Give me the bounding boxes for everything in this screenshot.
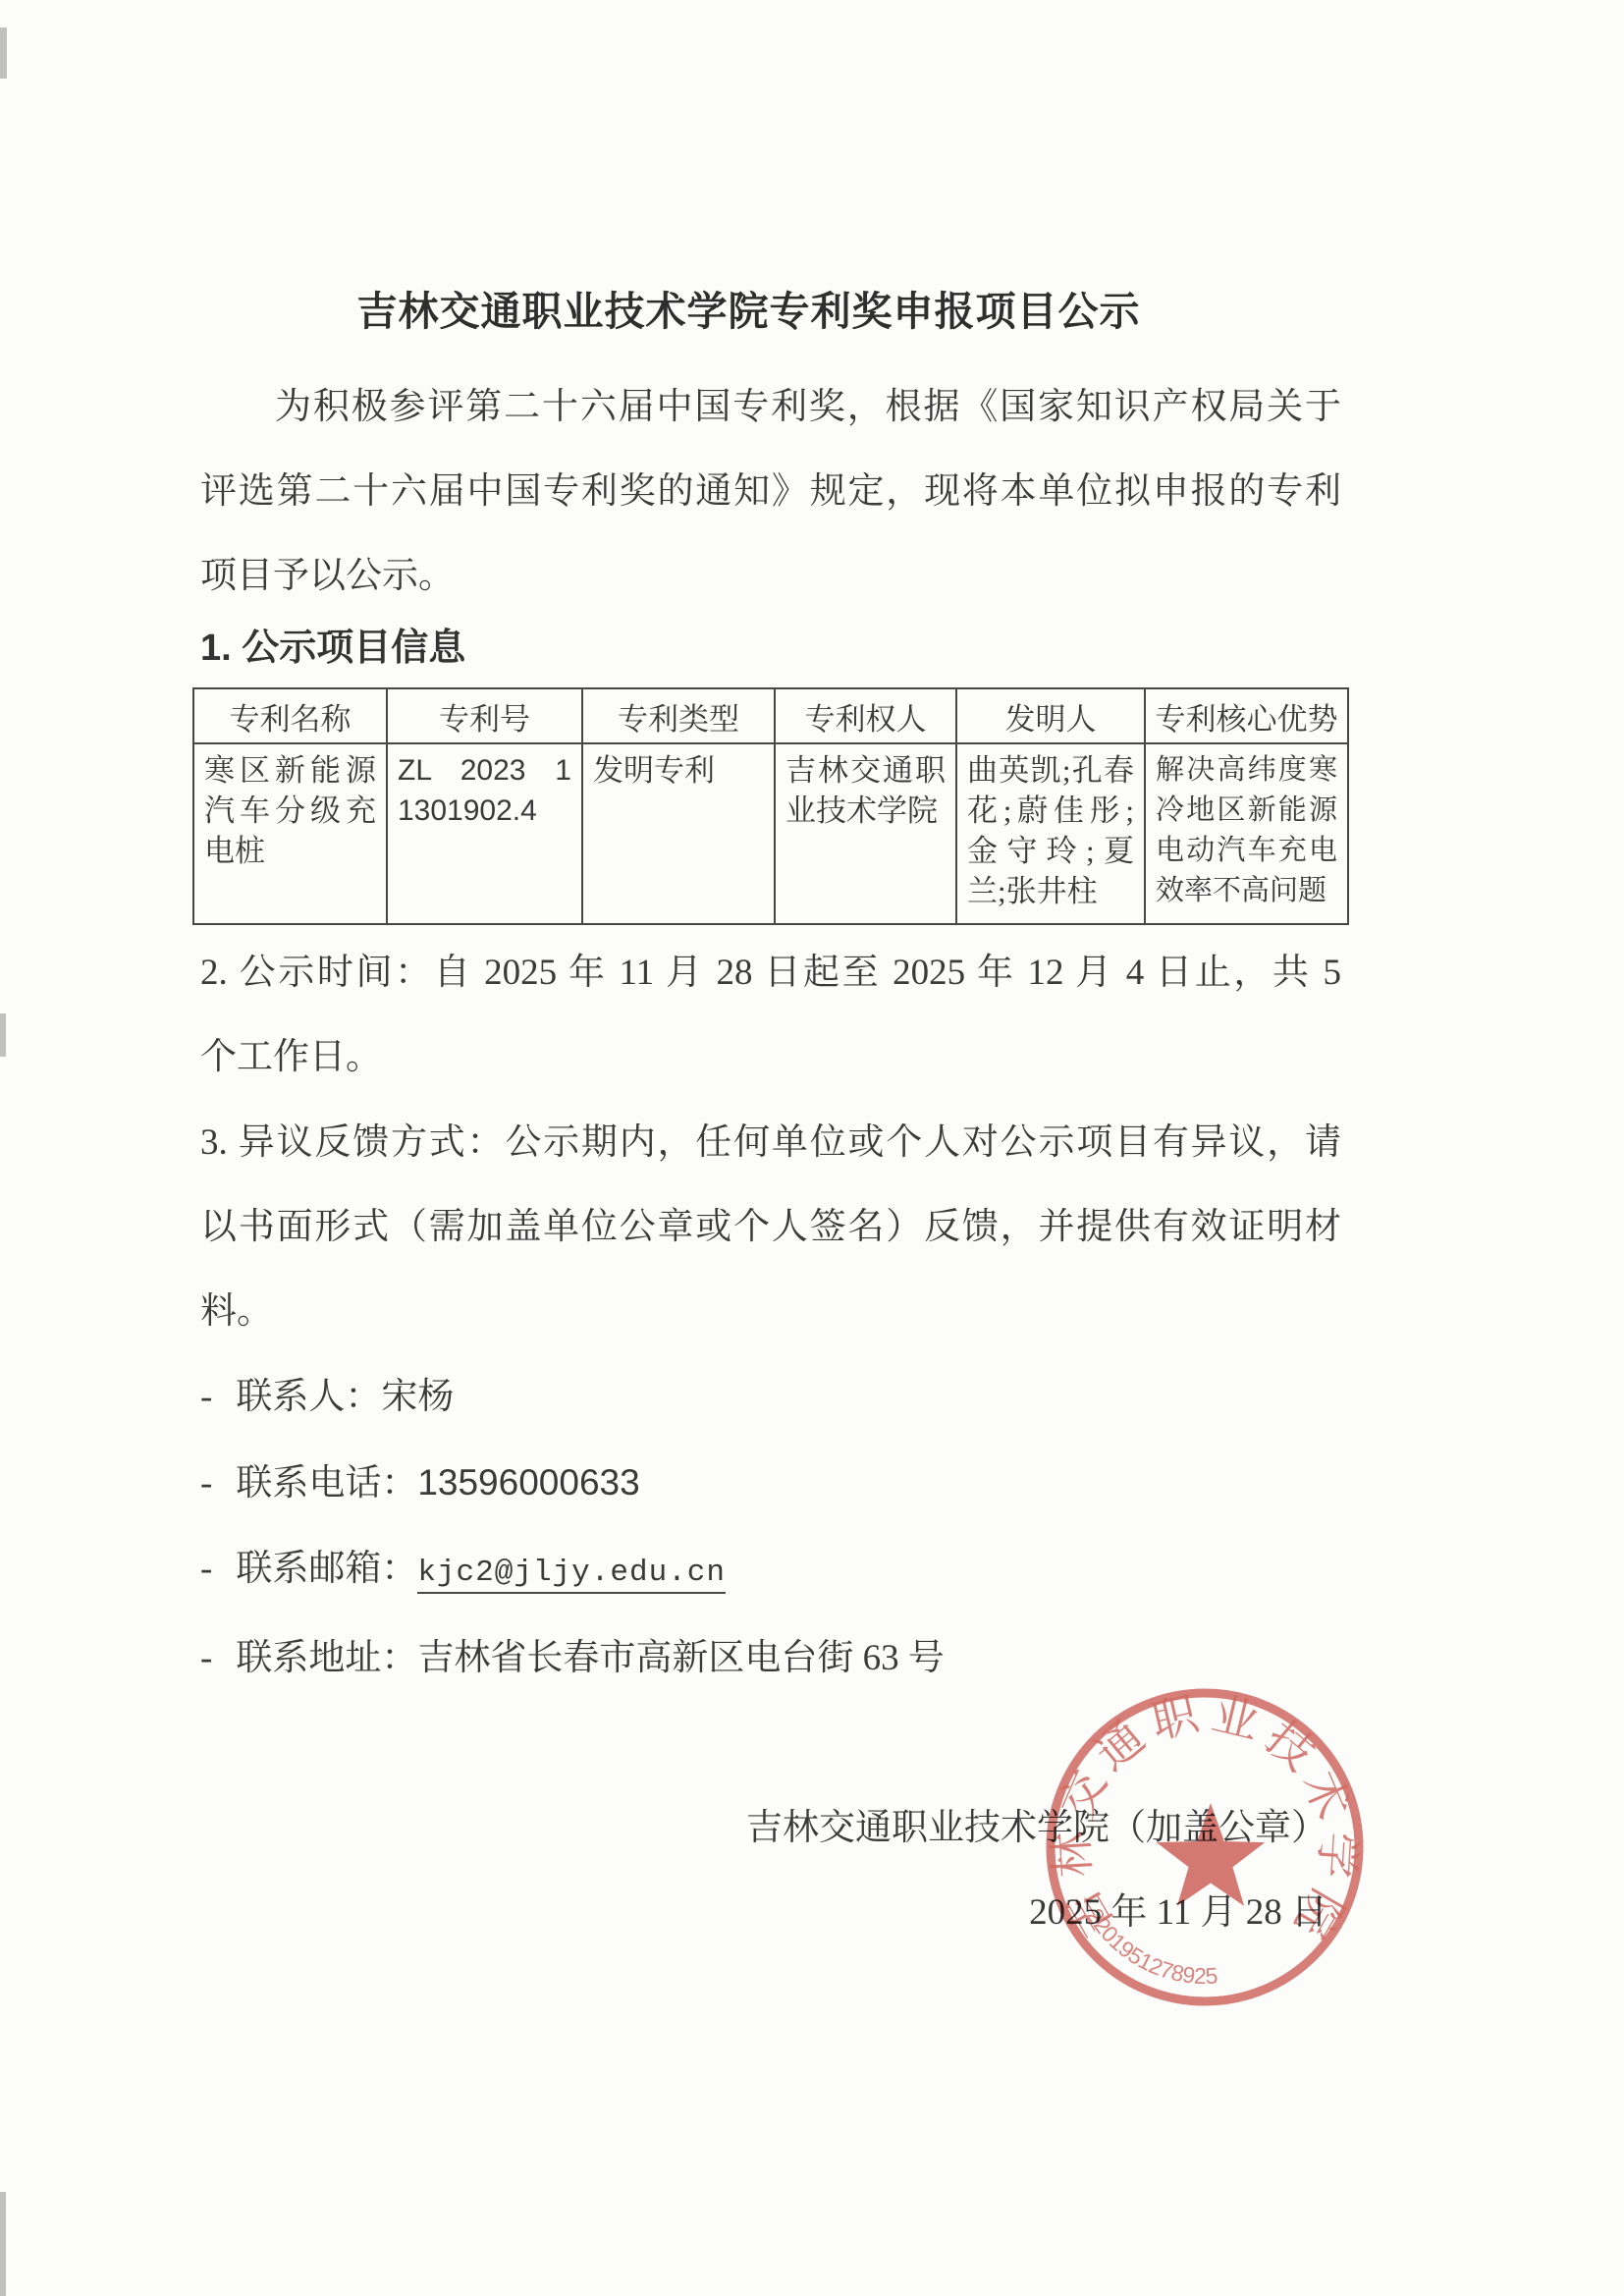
cell-patent-name: 寒区新能源汽车分级充电桩 <box>193 743 387 924</box>
scan-artifact <box>0 1013 6 1057</box>
scan-artifact <box>0 27 7 79</box>
cell-patent-type: 发明专利 <box>582 743 775 924</box>
contact-phone-value: 13596000633 <box>417 1462 639 1503</box>
cell-inventors: 曲英凯;孔春花;蔚佳彤;金守玲;夏兰;张井柱 <box>956 743 1145 924</box>
scanned-document-page: 吉林交通职业技术学院专利奖申报项目公示 为积极参评第二十六届中国专利奖，根据《国… <box>0 0 1624 2296</box>
page-title: 吉林交通职业技术学院专利奖申报项目公示 <box>200 283 1297 340</box>
column-header-patent-no: 专利号 <box>387 688 582 743</box>
section2-line: 个工作日。 <box>200 1015 1341 1100</box>
contact-address-label: 联系地址： <box>236 1638 417 1678</box>
contact-email-value: kjc2@jljy.edu.cn <box>417 1556 726 1594</box>
section3-paragraph: 3. 异议反馈方式：公示期内，任何单位或个人对公示项目有异议，请 以书面形式（需… <box>200 1101 1341 1354</box>
contact-email: -联系邮箱：kjc2@jljy.edu.cn <box>200 1526 1341 1615</box>
table-row: 寒区新能源汽车分级充电桩 ZL 2023 1 1301902.4 发明专利 吉林… <box>193 743 1348 924</box>
intro-line: 评选第二十六届中国专利奖的通知》规定，现将本单位拟申报的专利 <box>200 450 1341 534</box>
contact-person-value: 宋杨 <box>381 1377 454 1417</box>
contact-person: -联系人：宋杨 <box>200 1354 1341 1440</box>
list-dash: - <box>200 1354 212 1440</box>
table-header-row: 专利名称 专利号 专利类型 专利权人 发明人 专利核心优势 <box>193 688 1348 743</box>
column-header-core-advantage: 专利核心优势 <box>1145 688 1348 743</box>
contact-address-value: 吉林省长春市高新区电台街 63 号 <box>417 1638 945 1678</box>
intro-line: 为积极参评第二十六届中国专利奖，根据《国家知识产权局关于 <box>200 365 1341 450</box>
seal-star-icon <box>1157 1803 1265 1906</box>
patent-info-table: 专利名称 专利号 专利类型 专利权人 发明人 专利核心优势 寒区新能源汽车分级充… <box>192 687 1349 925</box>
section3-line: 料。 <box>200 1270 1341 1354</box>
seal-code-holder: 2201951278925 <box>1082 1904 1218 1990</box>
contact-phone-label: 联系电话： <box>236 1463 417 1503</box>
seal-code: 2201951278925 <box>1082 1904 1218 1990</box>
section2-paragraph: 2. 公示时间：自 2025 年 11 月 28 日起至 2025 年 12 月… <box>200 931 1341 1100</box>
column-header-patentee: 专利权人 <box>775 688 956 743</box>
intro-line: 项目予以公示。 <box>200 534 1341 619</box>
seal-ring-text-holder: 吉林交通职业技术学院 <box>1047 1689 1363 1946</box>
contact-person-label: 联系人： <box>236 1377 381 1417</box>
column-header-patent-type: 专利类型 <box>582 688 775 743</box>
column-header-inventors: 发明人 <box>956 688 1145 743</box>
section1-heading: 1. 公示项目信息 <box>200 623 1341 674</box>
official-seal: 吉林交通职业技术学院 2201951278925 <box>1043 1685 1367 2009</box>
list-dash: - <box>200 1615 212 1701</box>
list-dash: - <box>200 1526 212 1612</box>
section2-line: 2. 公示时间：自 2025 年 11 月 28 日起至 2025 年 12 月… <box>200 931 1341 1015</box>
document-body: 吉林交通职业技术学院专利奖申报项目公示 为积极参评第二十六届中国专利奖，根据《国… <box>200 0 1341 1955</box>
contact-email-label: 联系邮箱： <box>236 1549 417 1589</box>
section3-line: 3. 异议反馈方式：公示期内，任何单位或个人对公示项目有异议，请 <box>200 1101 1341 1185</box>
cell-patent-no: ZL 2023 1 1301902.4 <box>387 743 582 924</box>
scan-artifact <box>0 2192 6 2296</box>
cell-core-advantage: 解决高纬度寒冷地区新能源电动汽车充电效率不高问题 <box>1145 743 1348 924</box>
column-header-patent-name: 专利名称 <box>193 688 387 743</box>
contact-list: -联系人：宋杨 -联系电话：13596000633 -联系邮箱：kjc2@jlj… <box>200 1354 1341 1701</box>
section3-line: 以书面形式（需加盖单位公章或个人签名）反馈，并提供有效证明材 <box>200 1185 1341 1270</box>
official-seal-graphic: 吉林交通职业技术学院 2201951278925 <box>1043 1685 1367 2009</box>
seal-ring-text: 吉林交通职业技术学院 <box>1047 1689 1363 1946</box>
list-dash: - <box>200 1441 212 1526</box>
contact-phone: -联系电话：13596000633 <box>200 1440 1341 1526</box>
intro-paragraph: 为积极参评第二十六届中国专利奖，根据《国家知识产权局关于 评选第二十六届中国专利… <box>200 365 1341 619</box>
cell-patentee: 吉林交通职业技术学院 <box>775 743 956 924</box>
